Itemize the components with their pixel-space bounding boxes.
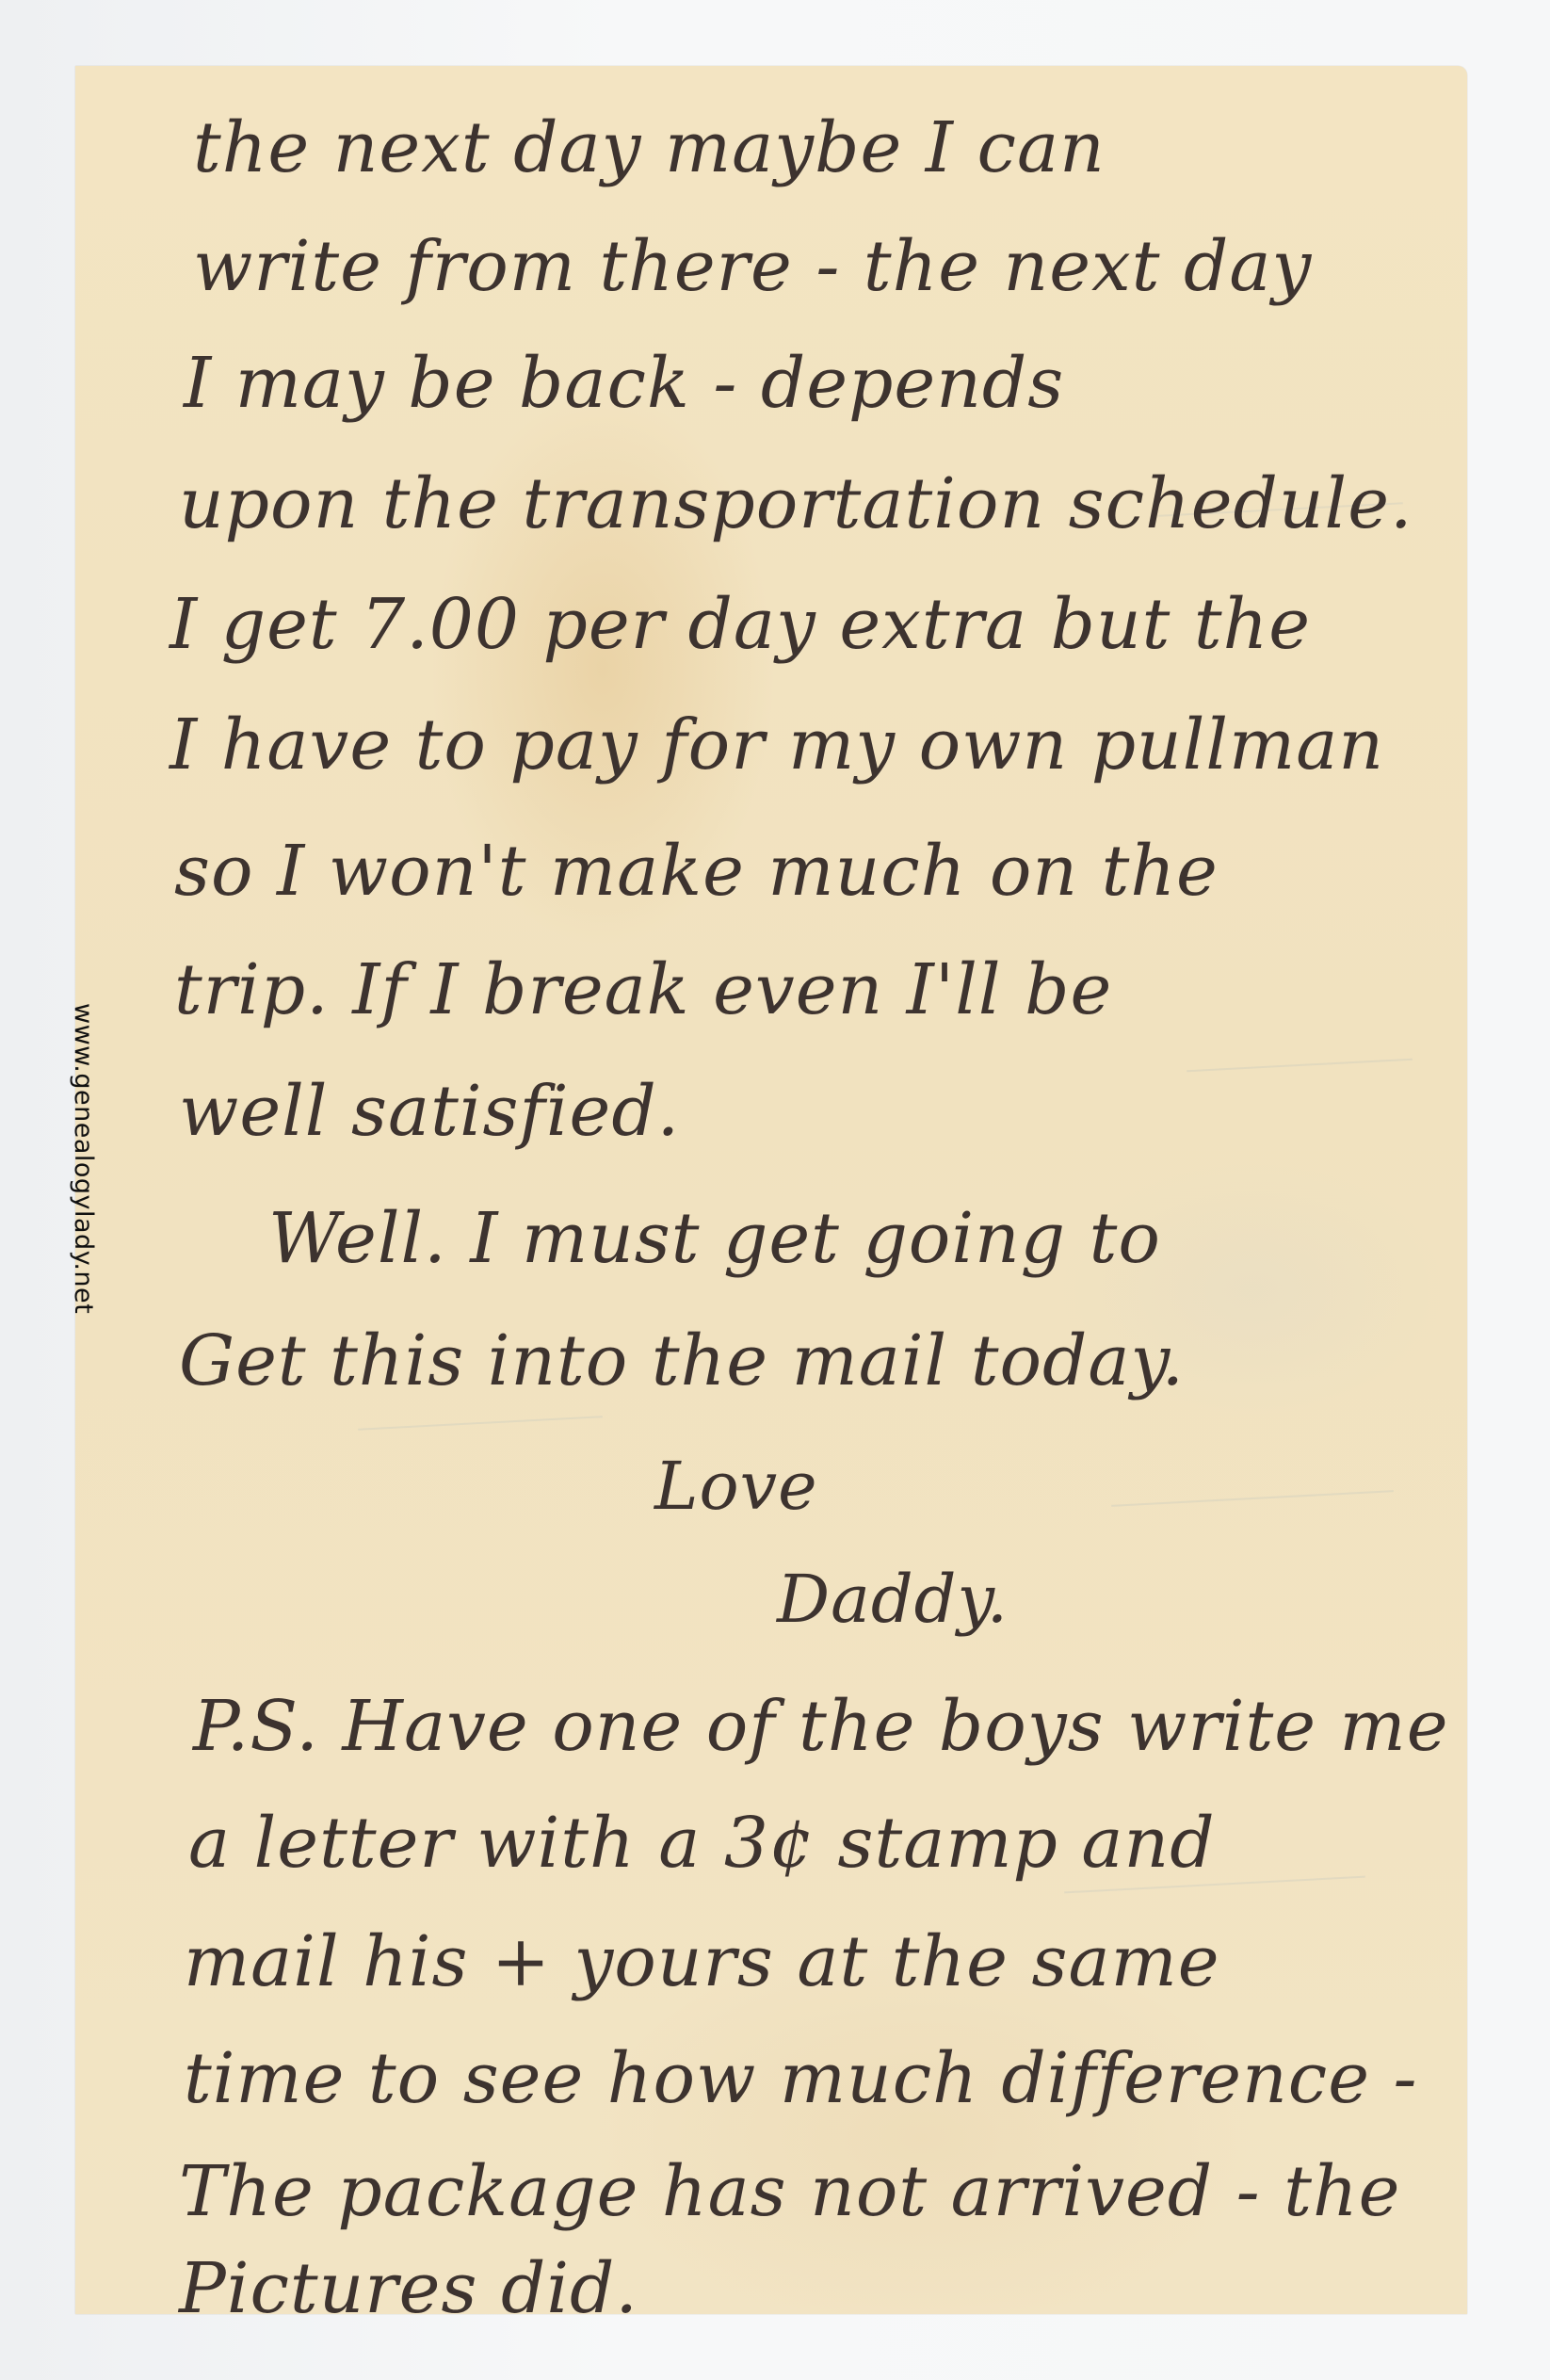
letter-line: Well. I must get going to bbox=[268, 1196, 1161, 1281]
letter-line: I get 7.00 per day extra but the bbox=[170, 582, 1311, 667]
letter-line: trip. If I break even I'll be bbox=[174, 947, 1112, 1032]
letter-line: I have to pay for my own pullman bbox=[170, 703, 1384, 787]
letter-line: so I won't make much on the bbox=[174, 829, 1219, 914]
postscript-line: The package has not arrived - the bbox=[179, 2149, 1400, 2234]
watermark: www.genealogylady.net bbox=[66, 1003, 98, 1380]
letter-line: upon the transportation schedule. bbox=[179, 461, 1413, 546]
watermark-text: www.genealogylady.net bbox=[69, 1003, 98, 1314]
postscript-line: mail his + yours at the same bbox=[184, 1919, 1220, 2004]
letter-line: write from there - the next day bbox=[193, 224, 1312, 309]
bleed-through-mark bbox=[1111, 1490, 1394, 1507]
postscript-line: P.S. Have one of the boys write me bbox=[193, 1684, 1449, 1769]
bleed-through-mark bbox=[1187, 1059, 1413, 1073]
letter-signature: Daddy. bbox=[777, 1559, 1009, 1640]
postscript-line: a letter with a 3¢ stamp and bbox=[188, 1801, 1216, 1886]
postscript-line: time to see how much difference - bbox=[184, 2036, 1418, 2121]
letter-closing: Love bbox=[654, 1446, 818, 1527]
postscript-line: Pictures did. bbox=[179, 2246, 638, 2331]
letter-line: the next day maybe I can bbox=[193, 105, 1106, 190]
letter-line: well satisfied. bbox=[179, 1069, 680, 1154]
bleed-through-mark bbox=[358, 1416, 603, 1431]
letter-line: Get this into the mail today. bbox=[179, 1319, 1185, 1403]
letter-line: I may be back - depends bbox=[184, 341, 1064, 426]
